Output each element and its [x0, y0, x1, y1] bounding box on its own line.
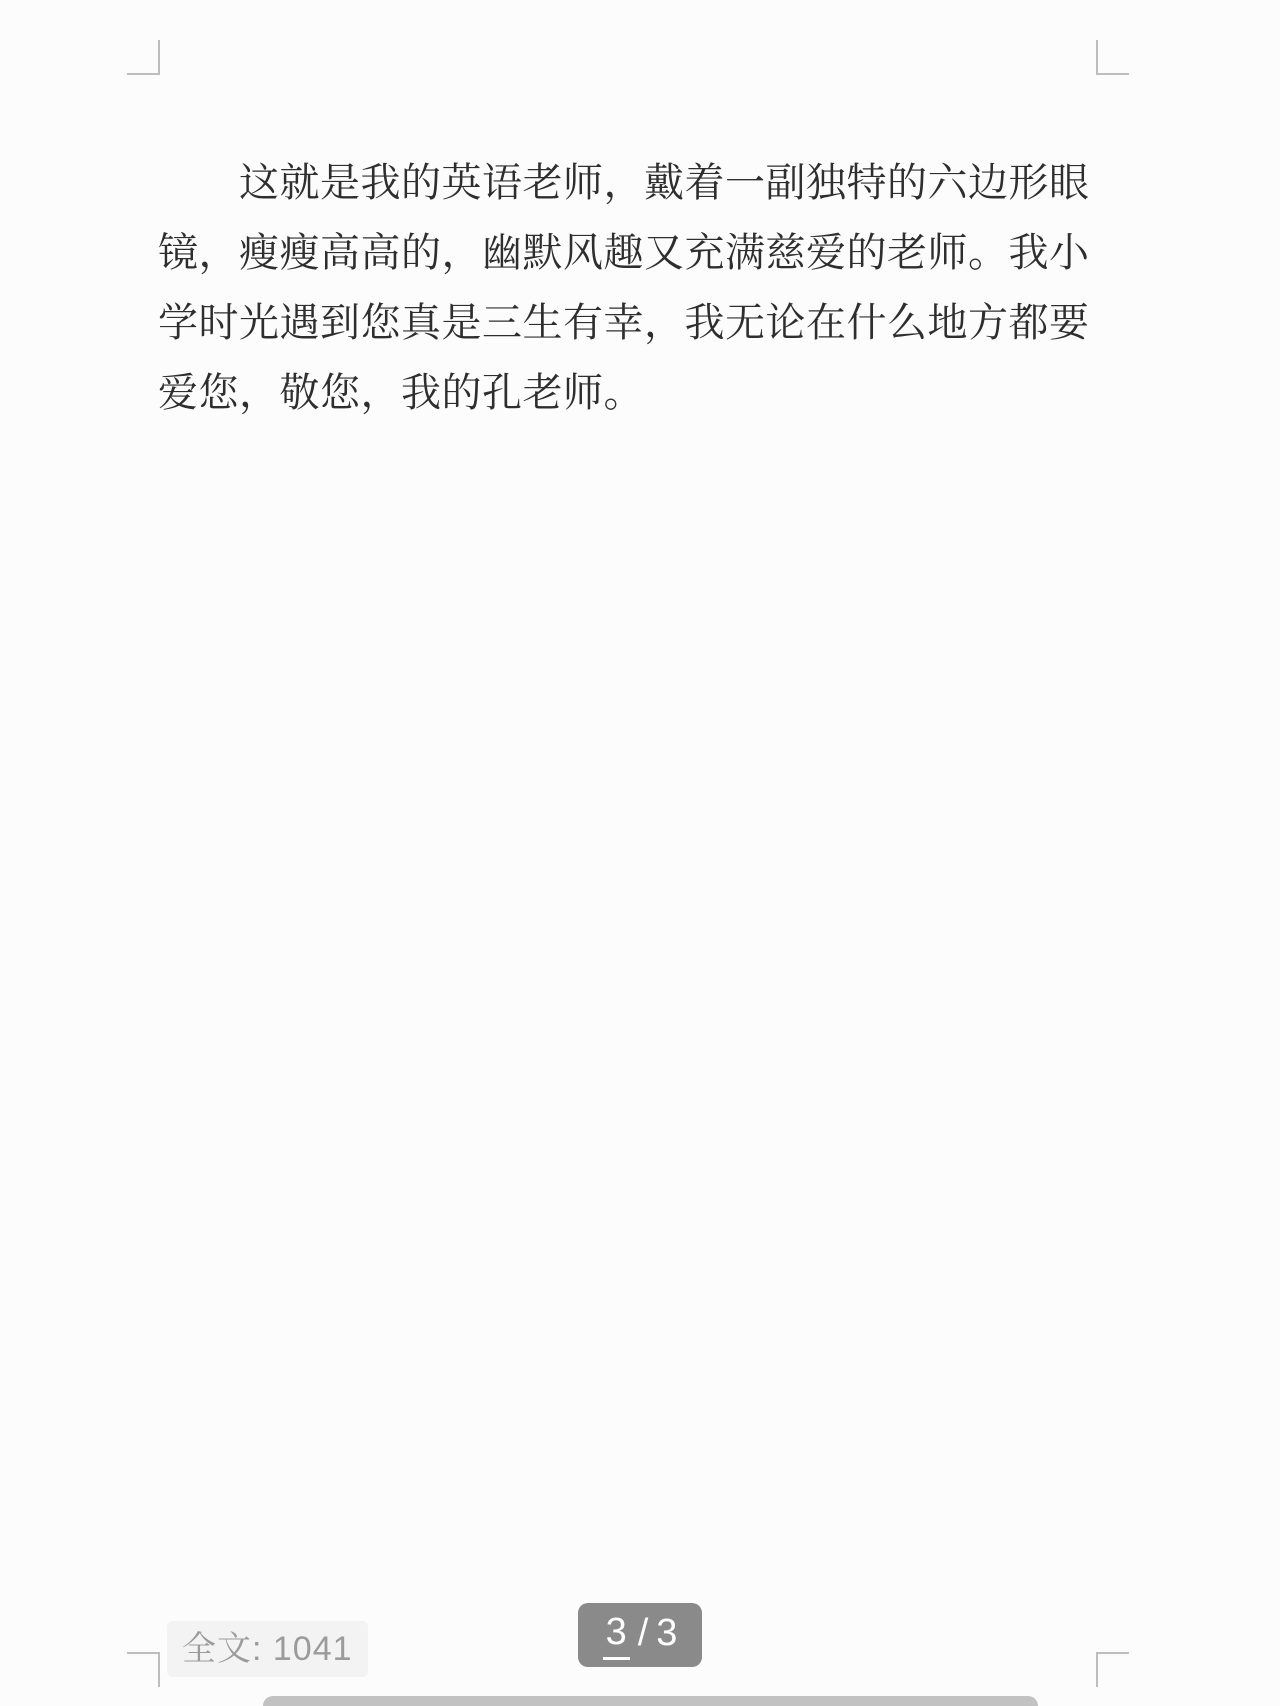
document-text-line: 爱您，敬您，我的孔老师。: [158, 358, 1098, 428]
bottom-toolbar-handle[interactable]: [263, 1696, 1038, 1706]
word-count-badge: 全文: 1041: [167, 1621, 368, 1677]
page-corner-mark-bottom-left: [127, 1652, 160, 1687]
page-indicator-current: 3: [603, 1611, 630, 1660]
page-corner-mark-top-right: [1096, 40, 1129, 75]
page-corner-mark-top-left: [127, 40, 160, 75]
document-text-line: 这就是我的英语老师，戴着一副独特的六边形眼: [158, 148, 1098, 218]
document-text: 这就是我的英语老师，戴着一副独特的六边形眼 镜，瘦瘦高高的，幽默风趣又充满慈爱的…: [158, 148, 1098, 428]
page-corner-mark-bottom-right: [1096, 1652, 1129, 1687]
page-indicator-separator: /: [638, 1612, 649, 1655]
document-text-line: 学时光遇到您真是三生有幸，我无论在什么地方都要: [158, 288, 1098, 358]
page-indicator-badge[interactable]: 3 / 3: [578, 1603, 702, 1667]
document-text-line: 镜，瘦瘦高高的，幽默风趣又充满慈爱的老师。我小: [158, 218, 1098, 288]
page-indicator-total: 3: [656, 1612, 677, 1655]
